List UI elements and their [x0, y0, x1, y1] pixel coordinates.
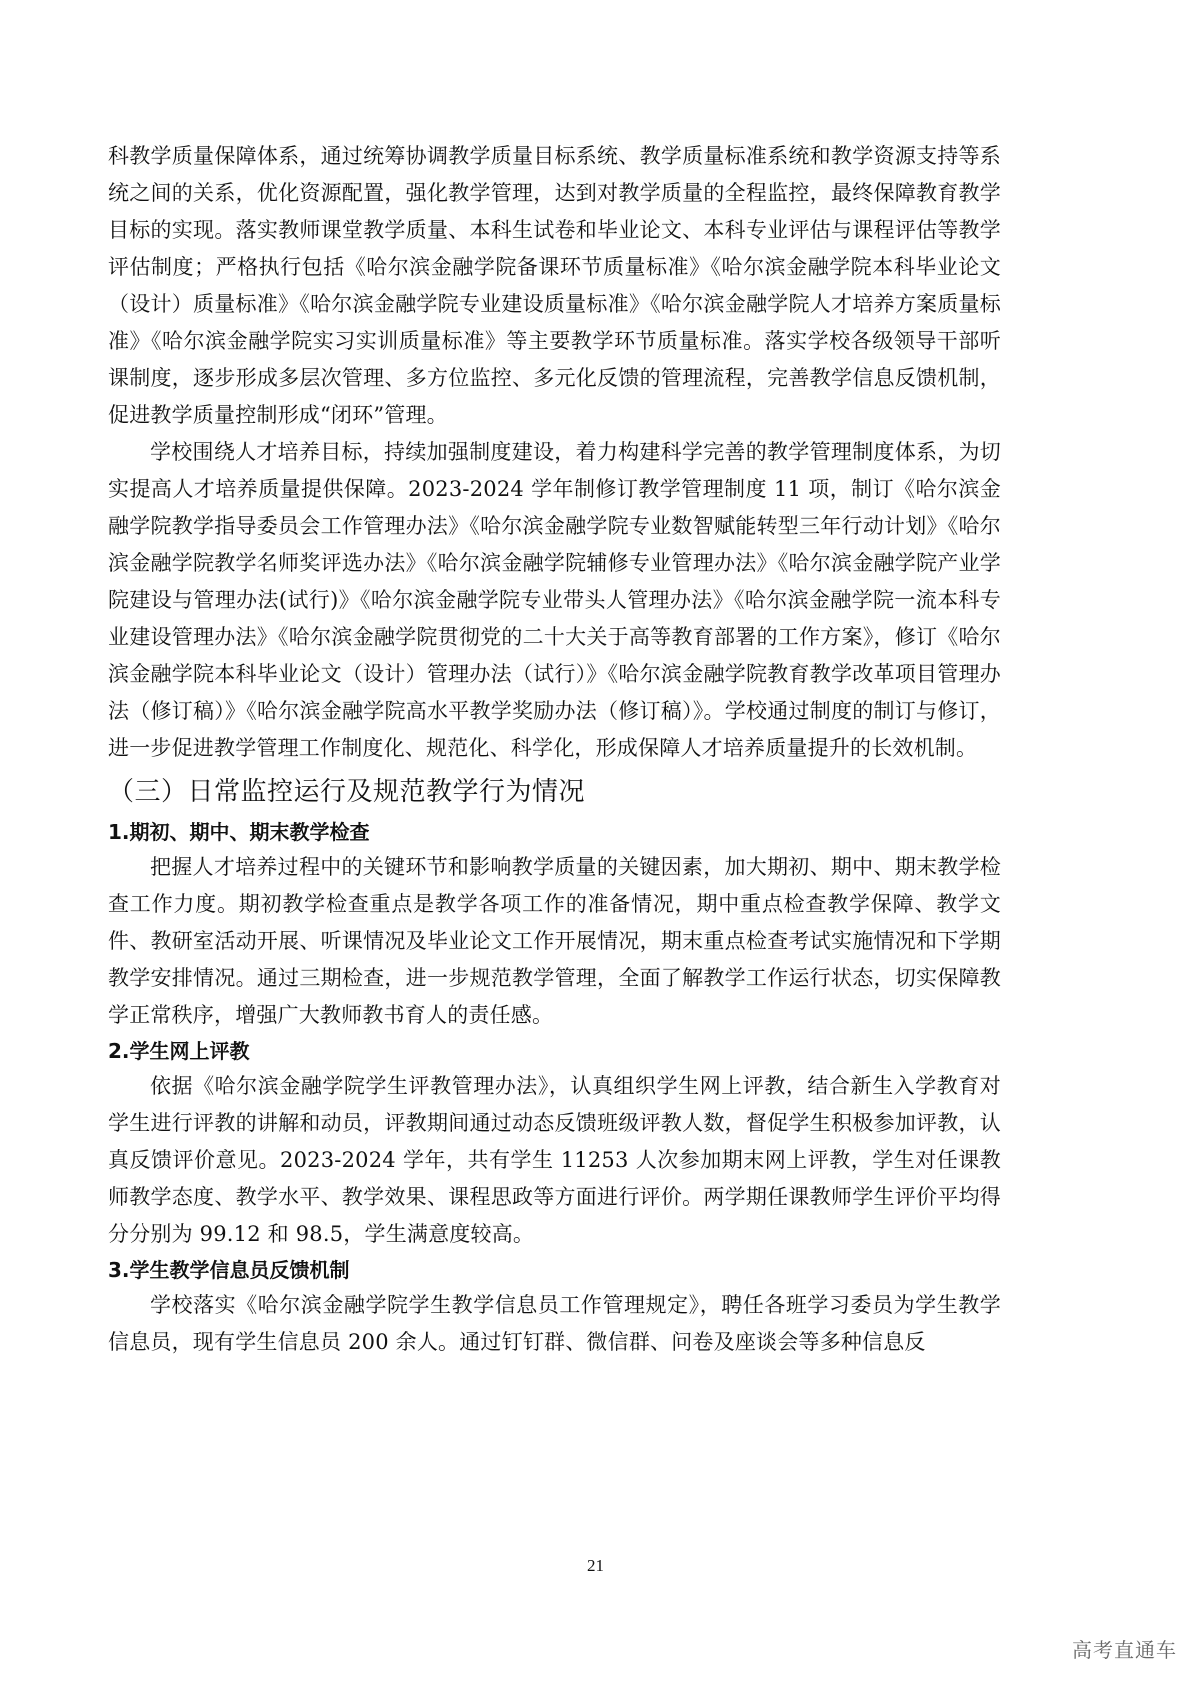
- document-page: 科教学质量保障体系，通过统筹协调教学质量目标系统、教学质量标准系统和教学资源支持…: [108, 138, 1001, 1361]
- subsection-heading-info-officer: 3.学生教学信息员反馈机制: [108, 1253, 1001, 1287]
- paragraph-online-evaluation: 依据《哈尔滨金融学院学生评教管理办法》，认真组织学生网上评教，结合新生入学教育对…: [108, 1068, 1001, 1253]
- subsection-heading-online-evaluation: 2.学生网上评教: [108, 1034, 1001, 1068]
- watermark: 高考直通车: [1072, 1634, 1177, 1663]
- subsection-heading-teaching-inspection: 1.期初、期中、期末教学检查: [108, 815, 1001, 849]
- paragraph-quality-assurance: 科教学质量保障体系，通过统筹协调教学质量目标系统、教学质量标准系统和教学资源支持…: [108, 138, 1001, 434]
- page-number: 21: [0, 1556, 1191, 1576]
- paragraph-management-system: 学校围绕人才培养目标，持续加强制度建设，着力构建科学完善的教学管理制度体系，为切…: [108, 434, 1001, 767]
- section-heading: （三）日常监控运行及规范教学行为情况: [108, 773, 1001, 811]
- paragraph-info-officer: 学校落实《哈尔滨金融学院学生教学信息员工作管理规定》，聘任各班学习委员为学生教学…: [108, 1287, 1001, 1361]
- paragraph-teaching-inspection: 把握人才培养过程中的关键环节和影响教学质量的关键因素，加大期初、期中、期末教学检…: [108, 849, 1001, 1034]
